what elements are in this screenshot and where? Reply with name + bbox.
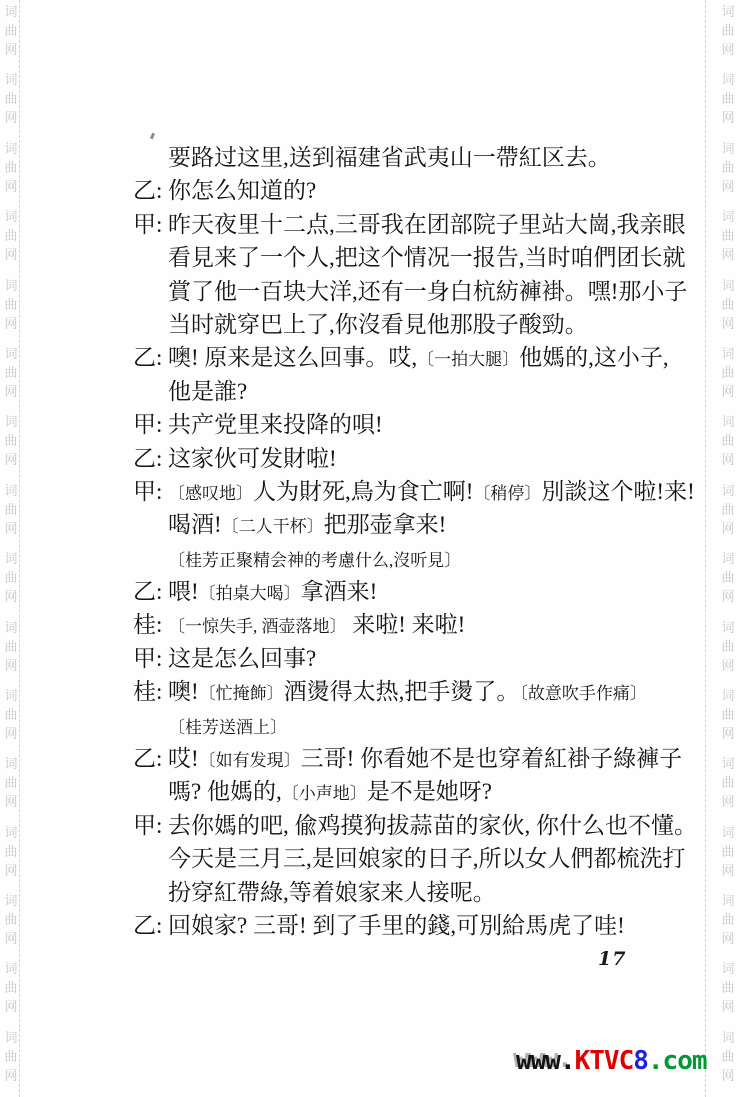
watermark-group: 词曲网 — [2, 207, 20, 275]
watermark-char: 网 — [2, 245, 20, 264]
watermark-group: 词曲网 — [719, 891, 737, 959]
speaker-label: 乙: — [133, 575, 162, 608]
watermark-group: 词曲网 — [719, 618, 737, 686]
watermark-char: 词 — [719, 686, 737, 705]
watermark-char: 曲 — [2, 1047, 20, 1066]
watermark-group: 词曲网 — [2, 2, 20, 70]
watermark-char: 曲 — [719, 1047, 737, 1066]
watermark-char: 网 — [719, 450, 737, 469]
watermark-column-left: 词曲网词曲网词曲网词曲网词曲网词曲网词曲网词曲网词曲网词曲网词曲网词曲网词曲网词… — [2, 2, 20, 1096]
line-text: 这家伙可发財啦! — [168, 446, 337, 471]
speaker-label: 桂: — [133, 675, 162, 708]
watermark-char: 词 — [2, 2, 20, 21]
speaker-label: 乙: — [133, 742, 162, 775]
line-text: 〔一惊失手, 酒壶落地〕 来啦! 来啦! — [168, 612, 465, 637]
speaker-label: 乙: — [133, 442, 162, 475]
watermark-group: 词曲网 — [2, 754, 20, 822]
line-text: 这是怎么回事? — [168, 646, 316, 671]
dialogue-line: 扮穿紅帶綠,等着娘家来人接呢。 — [133, 876, 718, 909]
scan-speck — [150, 133, 155, 140]
dialogue-line: 乙:喂!〔拍桌大喝〕拿酒来! — [133, 575, 718, 608]
line-text: 哎!〔如有发現〕三哥! 你看她不是也穿着紅褂子綠褲子 — [168, 746, 682, 771]
watermark-char: 词 — [2, 139, 20, 158]
line-text: 回娘家? 三哥! 到了手里的錢,可別給馬虎了哇! — [168, 913, 625, 938]
watermark-char: 网 — [719, 245, 737, 264]
watermark-group: 词曲网 — [719, 823, 737, 891]
watermark-char: 曲 — [2, 21, 20, 40]
speaker-label: 甲: — [133, 208, 162, 241]
speaker-label: 甲: — [133, 475, 162, 508]
speaker-label: 甲: — [133, 408, 162, 441]
watermark-char: 网 — [719, 314, 737, 333]
watermark-char: 曲 — [2, 363, 20, 382]
watermark-char: 词 — [2, 70, 20, 89]
watermark-char: 词 — [719, 139, 737, 158]
dialogue-line: 乙:你怎么知道的? — [133, 174, 718, 207]
watermark-char: 曲 — [2, 910, 20, 929]
watermark-char: 网 — [2, 861, 20, 880]
watermark-char: 网 — [2, 929, 20, 948]
watermark-group: 词曲网 — [2, 139, 20, 207]
line-text: 看見来了一个人,把这个情况一报告,当时咱們团长就 — [168, 245, 686, 270]
watermark-char: 网 — [2, 177, 20, 196]
scanned-page: 词曲网词曲网词曲网词曲网词曲网词曲网词曲网词曲网词曲网词曲网词曲网词曲网词曲网词… — [0, 0, 750, 1097]
watermark-group: 词曲网 — [719, 549, 737, 617]
watermark-char: 曲 — [2, 89, 20, 108]
watermark-char: 网 — [719, 861, 737, 880]
line-text: 〔感叹地〕人为財死,鳥为食亡啊!〔稍停〕別談这个啦!来! — [168, 479, 695, 504]
watermark-char: 曲 — [719, 363, 737, 382]
page-number: 17 — [598, 948, 626, 970]
watermark-char: 词 — [719, 2, 737, 21]
dialogue-line: 看見来了一个人,把这个情况一报告,当时咱們团长就 — [133, 241, 718, 274]
watermark-char: 网 — [2, 382, 20, 401]
speaker-label: 桂: — [133, 608, 162, 641]
watermark-group: 词曲网 — [2, 344, 20, 412]
watermark-char: 曲 — [719, 773, 737, 792]
stage-direction-line: 〔桂芳正聚精会神的考慮什么,沒听見〕 — [133, 542, 718, 575]
dialogue-line: 甲:共产党里来投降的唄! — [133, 408, 718, 441]
watermark-char: 词 — [719, 618, 737, 637]
watermark-char: 词 — [2, 754, 20, 773]
watermark-char: 网 — [719, 929, 737, 948]
watermark-char: 网 — [719, 177, 737, 196]
line-text: 昨天夜里十二点,三哥我在团部院子里站大崗,我亲眼 — [168, 212, 686, 237]
line-text: 当时就穿巴上了,你沒看見他那股子酸勁。 — [168, 312, 588, 337]
watermark-char: 词 — [2, 276, 20, 295]
watermark-char: 词 — [2, 891, 20, 910]
watermark-char: 网 — [2, 108, 20, 127]
watermark-char: 曲 — [2, 773, 20, 792]
watermark-char: 网 — [2, 1066, 20, 1085]
watermark-group: 词曲网 — [719, 412, 737, 480]
watermark-group: 词曲网 — [719, 139, 737, 207]
watermark-char: 曲 — [719, 705, 737, 724]
watermark-char: 曲 — [2, 637, 20, 656]
speaker-label: 乙: — [133, 341, 162, 374]
watermark-char: 网 — [2, 314, 20, 333]
watermark-group: 词曲网 — [2, 686, 20, 754]
line-text: 扮穿紅帶綠,等着娘家来人接呢。 — [168, 880, 496, 905]
watermark-char: 词 — [719, 1028, 737, 1047]
watermark-char: 曲 — [719, 637, 737, 656]
watermark-char: 网 — [719, 792, 737, 811]
watermark-char: 网 — [2, 792, 20, 811]
watermark-char: 网 — [719, 997, 737, 1016]
watermark-char: 词 — [2, 481, 20, 500]
line-text: 噢! 原来是这么回事。哎,〔一拍大腿〕他媽的,这小子, — [168, 345, 669, 370]
watermark-char: 网 — [2, 656, 20, 675]
watermark-char: 词 — [2, 959, 20, 978]
watermark-char: 词 — [2, 549, 20, 568]
watermark-char: 曲 — [2, 431, 20, 450]
watermark-group: 词曲网 — [2, 70, 20, 138]
dialogue-line: 乙:回娘家? 三哥! 到了手里的錢,可別給馬虎了哇! — [133, 909, 718, 942]
dialogue-line: 喝酒!〔二人干杯〕把那壶拿来! — [133, 508, 718, 541]
watermark-char: 词 — [719, 891, 737, 910]
site-watermark: www.KTVC8.com — [516, 1048, 707, 1074]
watermark-char: 词 — [719, 481, 737, 500]
watermark-char: 网 — [2, 587, 20, 606]
watermark-char: 词 — [2, 344, 20, 363]
watermark-group: 词曲网 — [719, 344, 737, 412]
site-watermark-www: www. — [516, 1048, 575, 1074]
watermark-group: 词曲网 — [2, 481, 20, 549]
watermark-char: 网 — [2, 450, 20, 469]
watermark-group: 词曲网 — [2, 549, 20, 617]
watermark-char: 网 — [719, 1066, 737, 1085]
watermark-char: 网 — [719, 519, 737, 538]
speaker-label: 甲: — [133, 809, 162, 842]
watermark-char: 网 — [719, 656, 737, 675]
watermark-char: 曲 — [719, 431, 737, 450]
dialogue-line: 乙:噢! 原来是这么回事。哎,〔一拍大腿〕他媽的,这小子, — [133, 341, 718, 374]
watermark-char: 曲 — [2, 568, 20, 587]
dialogue-line: 甲:去你媽的吧, 偸鸡摸狗拔蒜苗的家伙, 你什么也不懂。 — [133, 809, 718, 842]
dialogue-line: 今天是三月三,是回娘家的日子,所以女人們都梳洗打 — [133, 842, 718, 875]
watermark-char: 网 — [719, 40, 737, 59]
site-watermark-domain: .com — [648, 1048, 707, 1074]
watermark-char: 网 — [2, 40, 20, 59]
line-text: 噢!〔忙掩飾〕酒燙得太热,把手燙了。〔故意吹手作痛〕 — [168, 679, 647, 704]
watermark-char: 曲 — [2, 978, 20, 997]
speaker-label: 乙: — [133, 174, 162, 207]
watermark-char: 词 — [2, 686, 20, 705]
watermark-char: 曲 — [2, 842, 20, 861]
watermark-char: 网 — [719, 587, 737, 606]
dialogue-line: 賞了他一百块大洋,还有一身白杭紡褲褂。嘿!那小子 — [133, 275, 718, 308]
watermark-char: 曲 — [2, 158, 20, 177]
watermark-dashed-rule-left — [19, 0, 20, 1097]
dialogue-line: 桂:〔一惊失手, 酒壶落地〕 来啦! 来啦! — [133, 608, 718, 641]
watermark-char: 词 — [2, 618, 20, 637]
line-text: 喝酒!〔二人干杯〕把那壶拿来! — [168, 512, 446, 537]
watermark-char: 词 — [2, 1028, 20, 1047]
watermark-char: 词 — [719, 412, 737, 431]
watermark-char: 曲 — [719, 978, 737, 997]
watermark-char: 曲 — [719, 226, 737, 245]
watermark-char: 网 — [2, 724, 20, 743]
watermark-group: 词曲网 — [719, 959, 737, 1027]
watermark-char: 网 — [719, 108, 737, 127]
watermark-group: 词曲网 — [719, 2, 737, 70]
line-text: 要路过这里,送到福建省武夷山一帶紅区去。 — [168, 145, 611, 170]
line-text: 他是誰? — [168, 379, 247, 404]
watermark-char: 曲 — [2, 226, 20, 245]
watermark-char: 曲 — [719, 295, 737, 314]
line-text: 嗎? 他媽的,〔小声地〕是不是她呀? — [168, 779, 492, 804]
watermark-char: 词 — [2, 207, 20, 226]
watermark-group: 词曲网 — [719, 276, 737, 344]
watermark-char: 曲 — [2, 295, 20, 314]
watermark-char: 词 — [719, 549, 737, 568]
dialogue-line: 桂:噢!〔忙掩飾〕酒燙得太热,把手燙了。〔故意吹手作痛〕 — [133, 675, 718, 708]
line-text: 今天是三月三,是回娘家的日子,所以女人們都梳洗打 — [168, 846, 686, 871]
dialogue-line: 乙:这家伙可发財啦! — [133, 442, 718, 475]
watermark-char: 曲 — [719, 500, 737, 519]
site-watermark-number: 8 — [633, 1048, 648, 1074]
watermark-char: 网 — [2, 997, 20, 1016]
watermark-char: 词 — [719, 276, 737, 295]
line-text: 去你媽的吧, 偸鸡摸狗拔蒜苗的家伙, 你什么也不懂。 — [168, 813, 697, 838]
line-text: 喂!〔拍桌大喝〕拿酒来! — [168, 579, 377, 604]
watermark-column-right: 词曲网词曲网词曲网词曲网词曲网词曲网词曲网词曲网词曲网词曲网词曲网词曲网词曲网词… — [719, 2, 737, 1096]
watermark-group: 词曲网 — [719, 754, 737, 822]
dialogue-line: 乙:哎!〔如有发現〕三哥! 你看她不是也穿着紅褂子綠褲子 — [133, 742, 718, 775]
watermark-char: 曲 — [719, 910, 737, 929]
watermark-char: 网 — [719, 724, 737, 743]
watermark-char: 词 — [719, 823, 737, 842]
dialogue-line: 嗎? 他媽的,〔小声地〕是不是她呀? — [133, 775, 718, 808]
dialogue-line: 甲:昨天夜里十二点,三哥我在团部院子里站大崗,我亲眼 — [133, 208, 718, 241]
watermark-group: 词曲网 — [2, 412, 20, 480]
watermark-char: 曲 — [719, 842, 737, 861]
watermark-char: 词 — [719, 70, 737, 89]
watermark-char: 曲 — [2, 705, 20, 724]
dialogue-line: 甲:〔感叹地〕人为財死,鳥为食亡啊!〔稍停〕別談这个啦!来! — [133, 475, 718, 508]
watermark-group: 词曲网 — [719, 1028, 737, 1096]
watermark-char: 网 — [2, 519, 20, 538]
watermark-char: 曲 — [719, 568, 737, 587]
watermark-group: 词曲网 — [719, 70, 737, 138]
watermark-group: 词曲网 — [2, 1028, 20, 1096]
line-text: 〔桂芳正聚精会神的考慮什么,沒听見〕 — [168, 546, 461, 571]
line-text: 賞了他一百块大洋,还有一身白杭紡褲褂。嘿!那小子 — [168, 279, 687, 304]
dialogue-line: 要路过这里,送到福建省武夷山一帶紅区去。 — [133, 141, 718, 174]
watermark-group: 词曲网 — [719, 686, 737, 754]
watermark-char: 词 — [2, 823, 20, 842]
line-text: 〔桂芳送酒上〕 — [168, 713, 287, 738]
watermark-char: 曲 — [2, 500, 20, 519]
script-text-block: 要路过这里,送到福建省武夷山一帶紅区去。乙:你怎么知道的?甲:昨天夜里十二点,三… — [133, 141, 718, 942]
dialogue-line: 甲:这是怎么回事? — [133, 642, 718, 675]
watermark-group: 词曲网 — [2, 618, 20, 686]
watermark-group: 词曲网 — [2, 959, 20, 1027]
watermark-group: 词曲网 — [2, 823, 20, 891]
dialogue-line: 他是誰? — [133, 375, 718, 408]
watermark-group: 词曲网 — [719, 207, 737, 275]
watermark-char: 词 — [719, 207, 737, 226]
dialogue-line: 当时就穿巴上了,你沒看見他那股子酸勁。 — [133, 308, 718, 341]
stage-direction-line: 〔桂芳送酒上〕 — [133, 709, 718, 742]
line-text: 共产党里来投降的唄! — [168, 412, 383, 437]
watermark-group: 词曲网 — [2, 891, 20, 959]
watermark-group: 词曲网 — [2, 276, 20, 344]
watermark-char: 词 — [2, 412, 20, 431]
watermark-char: 词 — [719, 344, 737, 363]
watermark-char: 网 — [719, 382, 737, 401]
speaker-label: 甲: — [133, 642, 162, 675]
speaker-label: 乙: — [133, 909, 162, 942]
watermark-char: 曲 — [719, 89, 737, 108]
watermark-char: 词 — [719, 959, 737, 978]
watermark-char: 词 — [719, 754, 737, 773]
watermark-group: 词曲网 — [719, 481, 737, 549]
watermark-char: 曲 — [719, 21, 737, 40]
site-watermark-name: KTVC — [575, 1048, 634, 1074]
watermark-char: 曲 — [719, 158, 737, 177]
line-text: 你怎么知道的? — [168, 178, 316, 203]
